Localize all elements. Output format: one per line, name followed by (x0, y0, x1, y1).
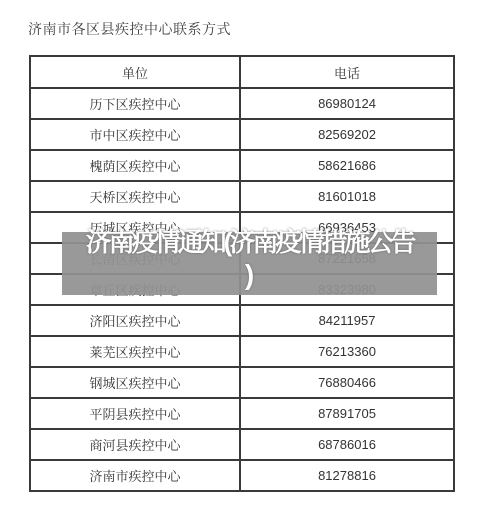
table-header-row: 单位 电话 (30, 56, 454, 88)
column-header-unit: 单位 (30, 56, 240, 88)
table-row: 济阳区疾控中心 84211957 (30, 305, 454, 336)
table-row: 商河县疾控中心 68786016 (30, 429, 454, 460)
table-row: 莱芜区疾控中心 76213360 (30, 336, 454, 367)
unit-cell: 槐荫区疾控中心 (30, 150, 240, 181)
page: 济南市各区县疾控中心联系方式 单位 电话 历下区疾控中心 86980124 市中… (0, 0, 500, 527)
table-row: 济南市疾控中心 81278816 (30, 460, 454, 491)
table-header: 单位 电话 (30, 56, 454, 88)
unit-cell: 天桥区疾控中心 (30, 181, 240, 212)
unit-cell: 平阴县疾控中心 (30, 398, 240, 429)
table-row: 平阴县疾控中心 87891705 (30, 398, 454, 429)
phone-cell: 84211957 (240, 305, 454, 336)
watermark-title-line2: ) (245, 258, 254, 292)
page-title: 济南市各区县疾控中心联系方式 (28, 19, 231, 39)
phone-cell: 81278816 (240, 460, 454, 491)
unit-cell: 莱芜区疾控中心 (30, 336, 240, 367)
unit-cell: 历下区疾控中心 (30, 88, 240, 119)
phone-cell: 82569202 (240, 119, 454, 150)
table-row: 市中区疾控中心 82569202 (30, 119, 454, 150)
phone-cell: 68786016 (240, 429, 454, 460)
phone-cell: 76880466 (240, 367, 454, 398)
phone-cell: 86980124 (240, 88, 454, 119)
table-row: 天桥区疾控中心 81601018 (30, 181, 454, 212)
unit-cell: 市中区疾控中心 (30, 119, 240, 150)
unit-cell: 钢城区疾控中心 (30, 367, 240, 398)
column-header-phone: 电话 (240, 56, 454, 88)
phone-cell: 81601018 (240, 181, 454, 212)
watermark-title-line1: 济南疫情通知(济南疫情措施公告 (86, 226, 414, 258)
table-row: 历下区疾控中心 86980124 (30, 88, 454, 119)
phone-cell: 58621686 (240, 150, 454, 181)
unit-cell: 济南市疾控中心 (30, 460, 240, 491)
phone-cell: 87891705 (240, 398, 454, 429)
table-row: 槐荫区疾控中心 58621686 (30, 150, 454, 181)
watermark-overlay: 济南疫情通知(济南疫情措施公告 ) (62, 232, 437, 295)
unit-cell: 济阳区疾控中心 (30, 305, 240, 336)
table-row: 钢城区疾控中心 76880466 (30, 367, 454, 398)
phone-cell: 76213360 (240, 336, 454, 367)
unit-cell: 商河县疾控中心 (30, 429, 240, 460)
